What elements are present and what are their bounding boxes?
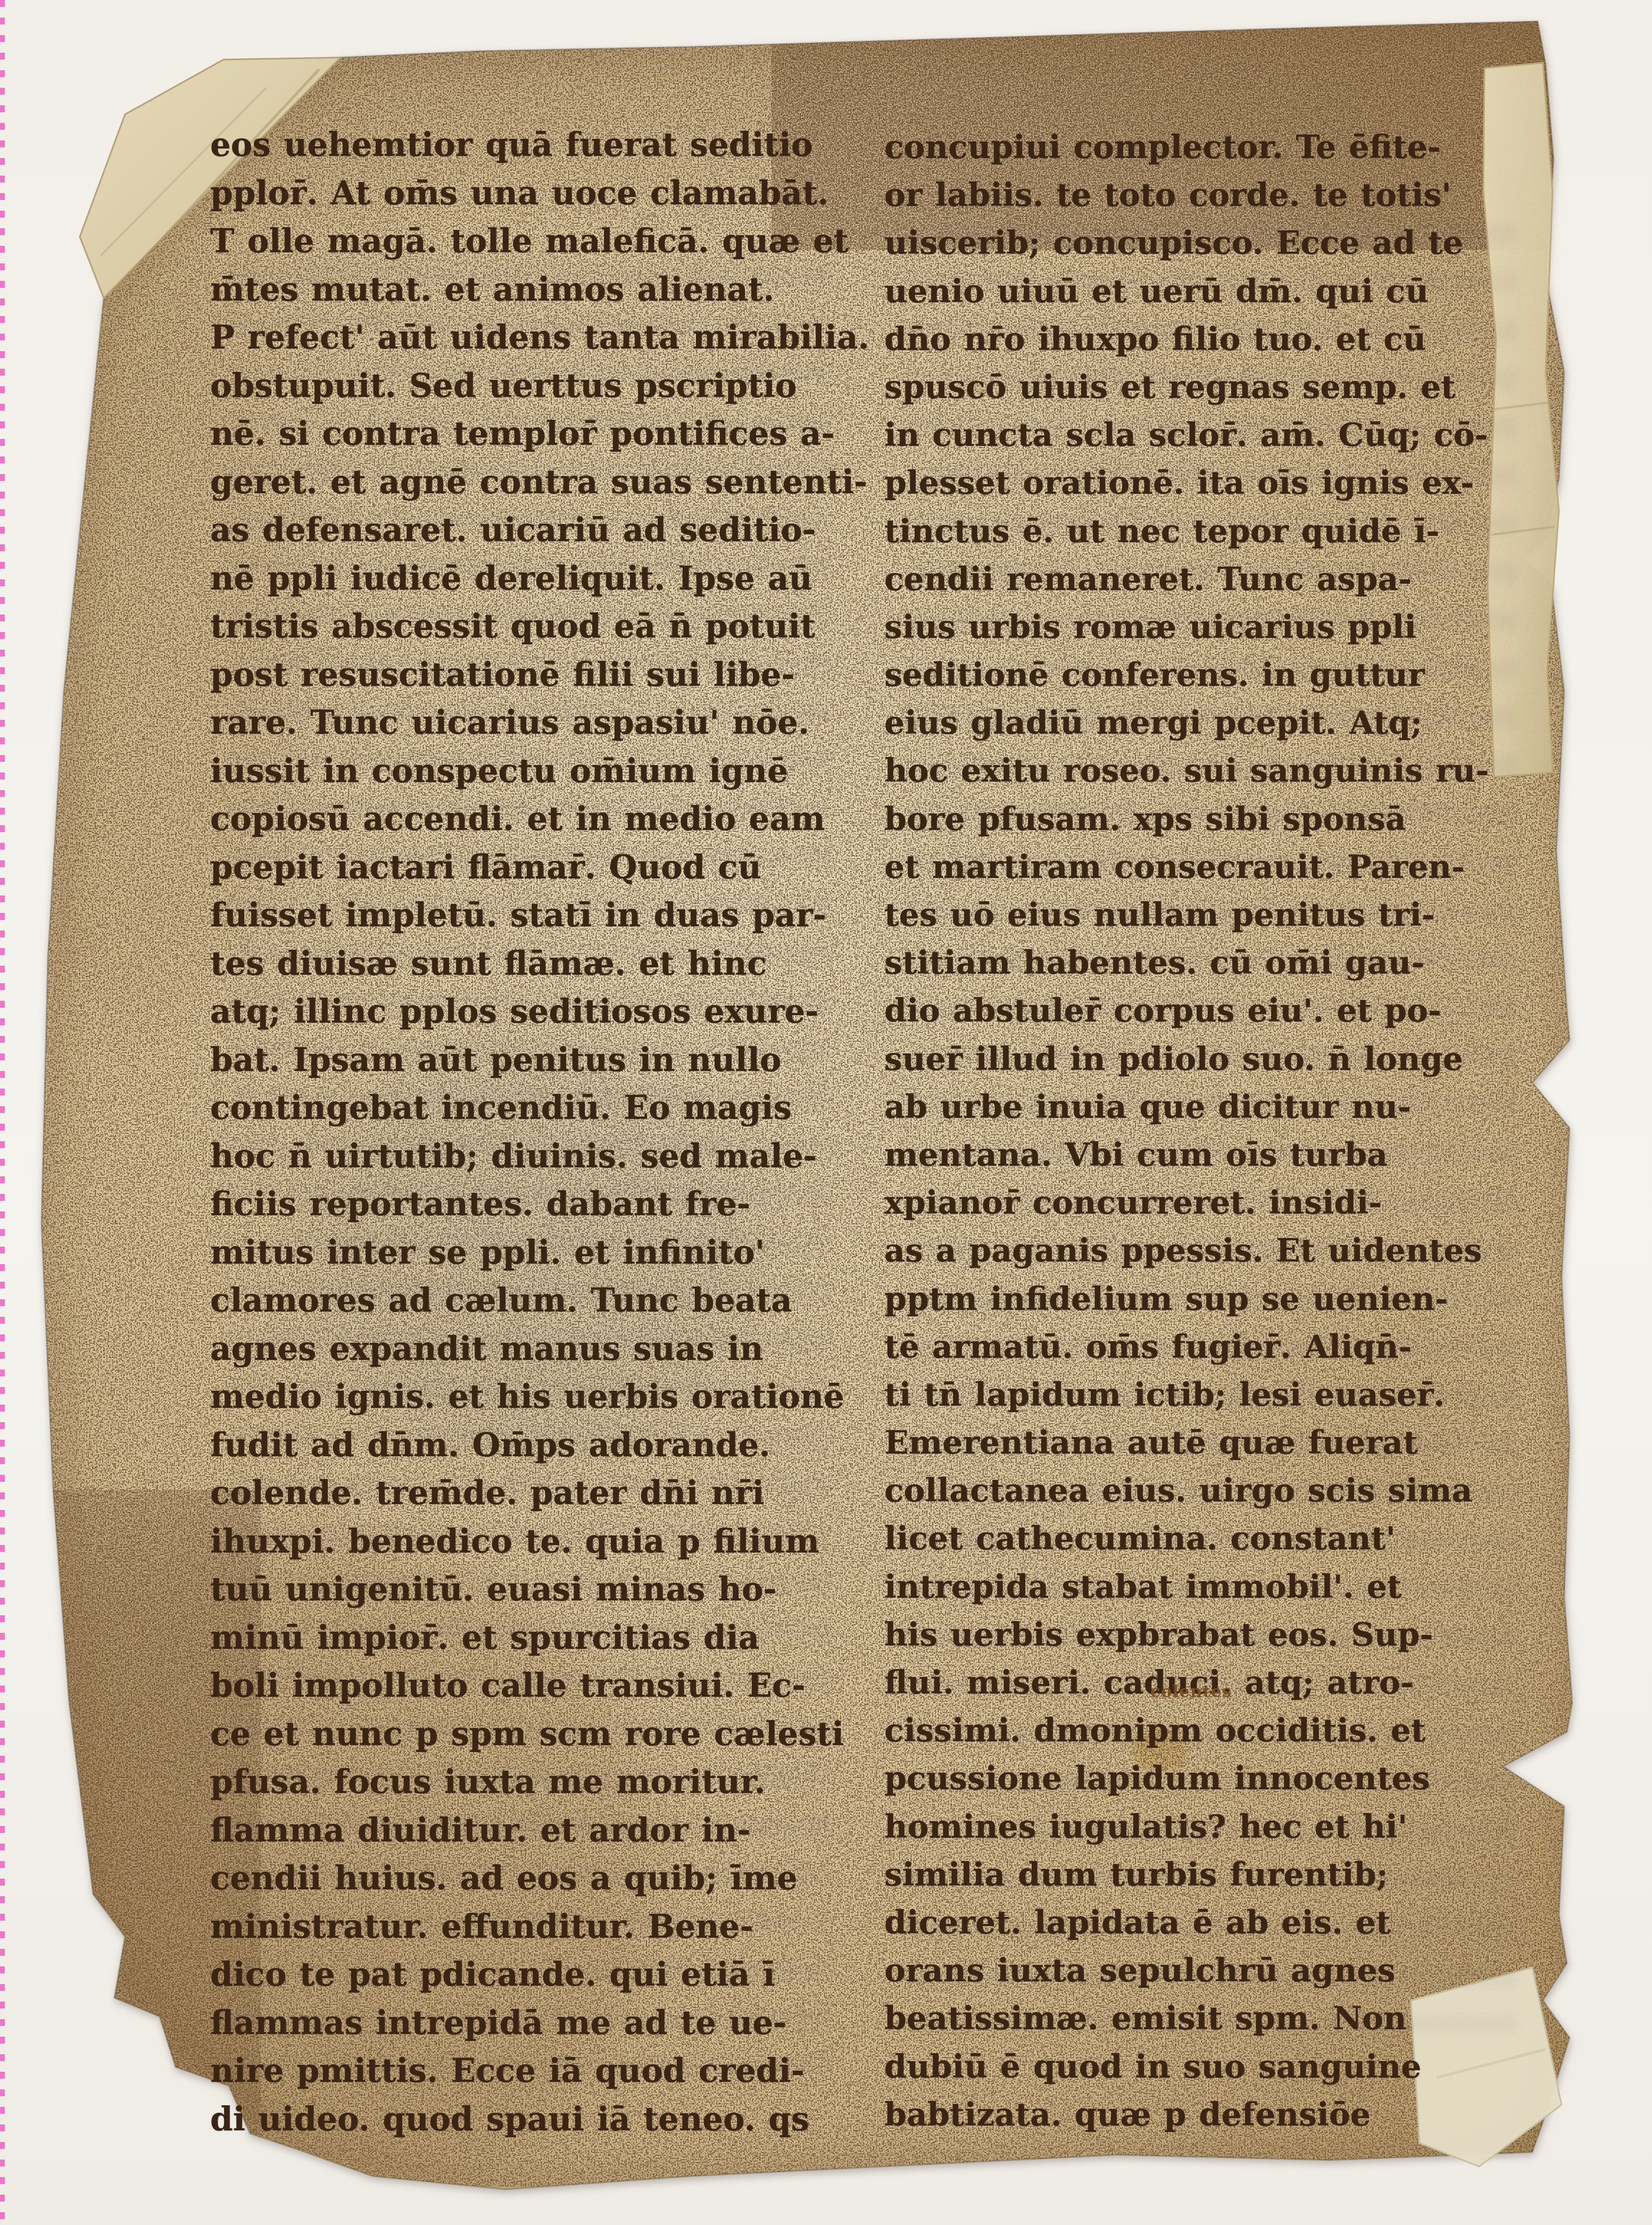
manuscript-text-line: flammas intrepidā me ad te ue- <box>210 1999 846 2048</box>
manuscript-text-line: dico te pat pdicande. qui etiā ī <box>210 1951 846 1999</box>
manuscript-text-line: suer̄ illud in pdiolo suo. n̄ longe <box>884 1035 1549 1083</box>
manuscript-text-line: cissimi. dmonipm occiditis. et <box>884 1707 1549 1755</box>
manuscript-text-line: copiosū accendi. et in medio eam <box>210 795 846 844</box>
manuscript-text-line: as a paganis ppessis. Et uidentes <box>884 1227 1549 1275</box>
manuscript-text-line: hoc exitu roseo. sui sanguinis ru- <box>884 747 1549 795</box>
manuscript-text-line: stitiam habentes. cū om̄i gau- <box>884 939 1549 987</box>
manuscript-text-line: ihuxpi. benedico te. quia p filium <box>210 1518 846 1566</box>
manuscript-text-line: pcussione lapidum innocentes <box>884 1755 1549 1803</box>
manuscript-text-line: beatissimæ. emisit spm. Non <box>884 1995 1549 2043</box>
manuscript-text-line: ce et nunc p spm scm rore cælesti <box>210 1711 846 1759</box>
manuscript-text-line: babtizata. quæ p defensiōe <box>884 2091 1549 2139</box>
manuscript-text-line: eius gladiū mergi pcepit. Atq; <box>884 699 1549 747</box>
manuscript-text-line: ministratur. effunditur. Bene- <box>210 1903 846 1952</box>
manuscript-text-line: flamma diuiditur. et ardor in- <box>210 1807 846 1855</box>
manuscript-text-line: nē. si contra templor̄ pontifices a- <box>210 410 846 459</box>
manuscript-text-line: sius urbis romæ uicarius ppli <box>884 603 1549 651</box>
manuscript-text-line: eos uehemtior quā fuerat seditio <box>210 121 846 170</box>
manuscript-text-line: dn̄o nr̄o ihuxpo filio tuo. et cū <box>884 316 1549 363</box>
manuscript-text-line: m̄tes mutat. et animos alienat. <box>210 266 846 314</box>
manuscript-text-line: geret. et agnē contra suas sententi- <box>210 459 846 507</box>
manuscript-text-line: diceret. lapidata ē ab eis. et <box>884 1899 1549 1947</box>
interlinear-gloss: colentes <box>1150 1682 1232 1701</box>
manuscript-text-line: hoc n̄ uirtutib; diuinis. sed male- <box>210 1133 846 1181</box>
manuscript-text-line: homines iugulatis? hec et hi' <box>884 1803 1549 1851</box>
text-column-right: concupiui complector. Te ēfite-or labiis… <box>884 123 1549 2139</box>
manuscript-text-line: minū impior̄. et spurcitias dia <box>210 1614 846 1663</box>
text-column-left: eos uehemtior quā fuerat seditiopplor̄. … <box>210 121 846 2144</box>
manuscript-text-line: rare. Tunc uicarius aspasiu' nōe. <box>210 699 846 748</box>
manuscript-text-line: clamores ad cælum. Tunc beata <box>210 1277 846 1325</box>
manuscript-text-line: post resuscitationē filii sui libe- <box>210 651 846 700</box>
manuscript-text-line: his uerbis expbrabat eos. Sup- <box>884 1611 1549 1659</box>
manuscript-text-line: seditionē conferens. in guttur <box>884 651 1549 699</box>
manuscript-text-line: similia dum turbis furentib; <box>884 1851 1549 1899</box>
manuscript-text-line: ficiis reportantes. dabant fre- <box>210 1181 846 1229</box>
manuscript-text-line: as defensaret. uicariū ad seditio- <box>210 507 846 555</box>
manuscript-text-line: contingebat incendiū. Eo magis <box>210 1084 846 1133</box>
manuscript-text-line: medio ignis. et his uerbis orationē <box>210 1373 846 1422</box>
manuscript-text-line: uenio uiuū et uerū dm̄. qui cū <box>884 268 1549 316</box>
manuscript-text-line: bat. Ipsam aūt penitus in nullo <box>210 1036 846 1085</box>
manuscript-text-line: tes uō eius nullam penitus tri- <box>884 891 1549 939</box>
manuscript-text-line: tē armatū. om̄s fugier̄. Aliqn̄- <box>884 1323 1549 1371</box>
manuscript-text-line: atq; illinc pplos seditiosos exure- <box>210 988 846 1036</box>
manuscript-text-line: fudit ad dn̄m. Om̄ps adorande. <box>210 1422 846 1470</box>
manuscript-text-line: T olle magā. tolle maleficā. quæ et <box>210 218 846 266</box>
manuscript-text-line: or labiis. te toto corde. te totis' <box>884 171 1549 219</box>
manuscript-text-line: colende. trem̄de. pater dn̄i nr̄i <box>210 1470 846 1518</box>
manuscript-text-line: in cuncta scla sclor̄. am̄. Cūq; cō- <box>884 411 1549 459</box>
manuscript-text-line: dubiū ē quod in suo sanguine <box>884 2043 1549 2091</box>
manuscript-text-line: ab urbe inuia que dicitur nu- <box>884 1083 1549 1131</box>
manuscript-text-line: boli impolluto calle transiui. Ec- <box>210 1662 846 1711</box>
manuscript-text-line: orans iuxta sepulchrū agnes <box>884 1947 1549 1995</box>
manuscript-text-line: tuū unigenitū. euasi minas ho- <box>210 1566 846 1614</box>
manuscript-text-line: ti tn̄ lapidum ictib; lesi euaser̄. <box>884 1371 1549 1419</box>
manuscript-text-line: collactanea eius. uirgo scis sima <box>884 1467 1549 1515</box>
manuscript-text-line: spuscō uiuis et regnas semp. et <box>884 363 1549 411</box>
manuscript-text-line: cendii huius. ad eos a quib; īme <box>210 1855 846 1903</box>
manuscript-text-line: bore pfusam. xps sibi sponsā <box>884 795 1549 843</box>
manuscript-text-line: uiscerib; concupisco. Ecce ad te <box>884 219 1549 267</box>
manuscript-text-line: tristis abscessit quod eā n̄ potuit <box>210 603 846 651</box>
manuscript-text-line: pcepit iactari flāmar̄. Quod cū <box>210 844 846 892</box>
manuscript-text-line: P refect' aūt uidens tanta mirabilia. <box>210 314 846 362</box>
manuscript-text-line: et martiram consecrauit. Paren- <box>884 843 1549 891</box>
manuscript-text-line: pfusa. focus iuxta me moritur. <box>210 1758 846 1807</box>
manuscript-text-line: plesset orationē. ita oīs ignis ex- <box>884 459 1549 507</box>
manuscript-text-line: pplor̄. At om̄s una uoce clamabāt. <box>210 170 846 218</box>
manuscript-text-line: di uideo. quod spaui iā teneo. qs <box>210 2096 846 2144</box>
manuscript-text-line: dio abstuler̄ corpus eiu'. et po- <box>884 987 1549 1035</box>
manuscript-text-line: tes diuisæ sunt flāmæ. et hinc <box>210 940 846 989</box>
manuscript-text-line: mentana. Vbi cum oīs turba <box>884 1131 1549 1179</box>
manuscript-text-line: nē ppli iudicē dereliquit. Ipse aū <box>210 555 846 603</box>
manuscript-text-line: fuisset impletū. statī in duas par- <box>210 892 846 940</box>
manuscript-text-line: obstupuit. Sed uerttus pscriptio <box>210 362 846 411</box>
manuscript-text-line: Emerentiana autē quæ fuerat <box>884 1419 1549 1467</box>
manuscript-text-line: tinctus ē. ut nec tepor quidē ī- <box>884 508 1549 555</box>
manuscript-text-line: iussit in conspectu om̄ium ignē <box>210 748 846 796</box>
manuscript-text-line: concupiui complector. Te ēfite- <box>884 123 1549 171</box>
manuscript-text-line: nire pmittis. Ecce iā quod credi- <box>210 2047 846 2096</box>
scanned-manuscript-page: { "colors": { "scan_background": "#f3f1e… <box>0 0 1652 2225</box>
manuscript-text-line: intrepida stabat immobil'. et <box>884 1563 1549 1611</box>
manuscript-text-line: mitus inter se ppli. et infinito' <box>210 1229 846 1277</box>
manuscript-text-line: licet cathecumina. constant' <box>884 1515 1549 1563</box>
manuscript-text-line: agnes expandit manus suas in <box>210 1325 846 1374</box>
manuscript-text-line: xpianor̄ concurreret. insidi- <box>884 1179 1549 1227</box>
manuscript-text-line: pptm infidelium sup se uenien- <box>884 1275 1549 1323</box>
manuscript-text-line: cendii remaneret. Tunc aspa- <box>884 555 1549 603</box>
